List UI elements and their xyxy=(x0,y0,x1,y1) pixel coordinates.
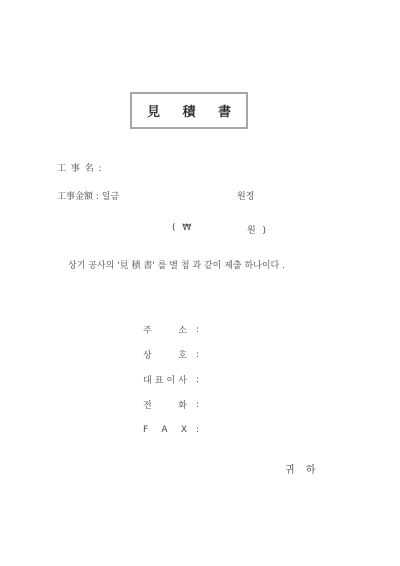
form-row-company-name: 상 호 : xyxy=(143,342,199,367)
company-name-label: 상 호 xyxy=(143,348,187,361)
ceo-label: 대 표 이 사 xyxy=(143,373,187,386)
amount-label: 工事金額 : 일금 xyxy=(57,189,119,202)
won-amount-close: 원 ) xyxy=(247,223,268,236)
form-row-phone: 전 화 : xyxy=(143,392,199,417)
address-label: 주 소 xyxy=(143,323,187,336)
submission-statement: 상기 공사의 '見 積 書' 를 별 첨 과 같이 제출 하나이다 . xyxy=(68,258,285,271)
document-title: 見 積 書 xyxy=(147,101,240,120)
company-name-colon: : xyxy=(196,350,199,360)
address-colon: : xyxy=(196,325,199,335)
fax-colon: : xyxy=(196,425,199,435)
addressee-honorific: 귀 하 xyxy=(285,461,320,476)
form-row-ceo: 대 표 이 사 : xyxy=(143,367,199,392)
project-name-label: 工 事 名 : xyxy=(57,161,103,174)
contact-info-block: 주 소 : 상 호 : 대 표 이 사 : 전 화 : F A X : xyxy=(143,317,199,442)
form-row-address: 주 소 : xyxy=(143,317,199,342)
fax-label: F A X xyxy=(143,425,187,435)
ceo-colon: : xyxy=(196,375,199,385)
amount-suffix-label: 원정 xyxy=(237,189,254,202)
title-box: 見 積 書 xyxy=(130,92,248,129)
form-row-fax: F A X : xyxy=(143,417,199,442)
document-page: 見 積 書 工 事 名 : 工事金額 : 일금 원정 ( ₩ 원 ) 상기 공사… xyxy=(0,0,400,566)
phone-label: 전 화 xyxy=(143,398,187,411)
phone-colon: : xyxy=(196,400,199,410)
won-amount-open: ( ₩ xyxy=(172,223,193,233)
